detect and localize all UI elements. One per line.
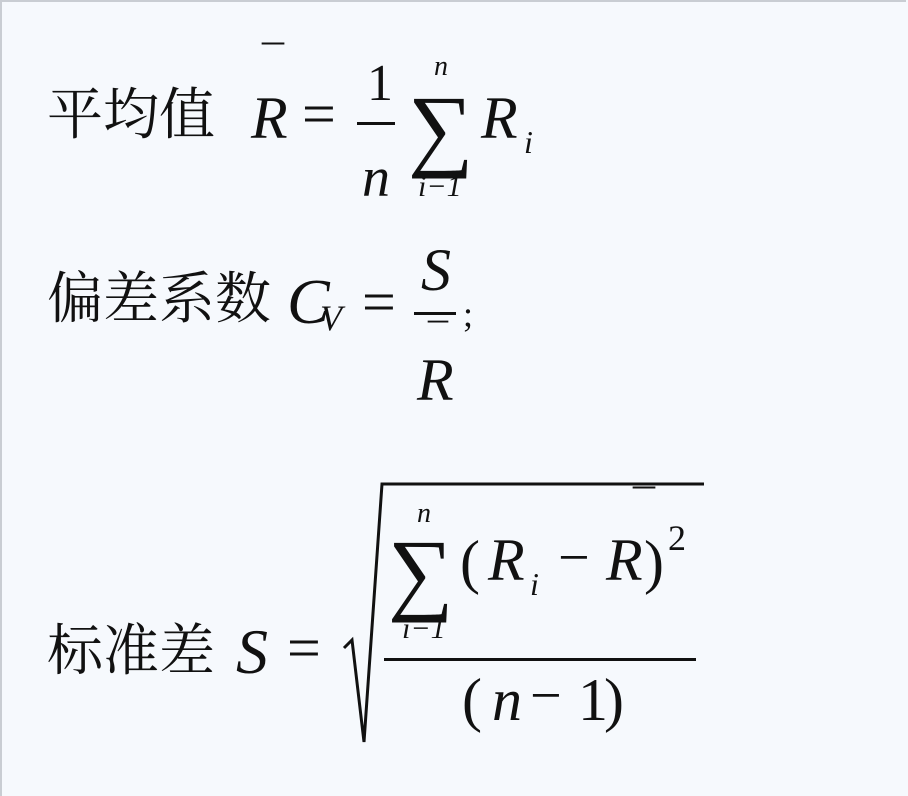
mean-label: 平均值: [47, 88, 215, 144]
mean-frac-numerator: 1: [367, 58, 393, 110]
std-equals: =: [287, 618, 321, 678]
std-minus: −: [558, 530, 590, 586]
mean-term-R: R: [481, 88, 518, 148]
cv-label: 偏差系数: [47, 272, 271, 328]
mean-sigma-lower: i−1: [418, 172, 462, 202]
cv-lhs-sub: V: [320, 300, 342, 336]
mean-term-sub: i: [524, 126, 533, 158]
mean-equals: =: [302, 84, 336, 144]
std-den-minus: −: [530, 668, 562, 724]
std-fraction-bar: [384, 658, 696, 661]
std-term1-sub: i: [530, 568, 539, 600]
std-open-paren: (: [460, 532, 480, 592]
std-exponent: 2: [668, 520, 686, 556]
std-den-n: n: [492, 670, 522, 730]
mean-fraction-bar: [357, 122, 395, 125]
cv-frac-numerator: S: [421, 240, 451, 300]
cv-frac-denominator: R: [417, 350, 454, 410]
cv-semicolon: ;: [463, 296, 473, 332]
mean-frac-denominator: n: [362, 150, 390, 206]
std-sigma-icon: ∑: [388, 526, 454, 618]
std-close-paren: ): [644, 532, 664, 592]
std-term2-R: R: [606, 530, 643, 590]
mean-lhs-bar: ¯: [262, 40, 284, 84]
mean-sigma-icon: ∑: [408, 82, 474, 174]
std-term1-R: R: [488, 530, 525, 590]
std-sigma-lower: i−1: [402, 614, 446, 644]
std-den-open-paren: (: [462, 670, 482, 730]
mean-lhs-R: R: [251, 88, 288, 148]
std-term2-bar: ¯: [633, 484, 655, 528]
std-lhs-S: S: [236, 620, 268, 684]
cv-equals: =: [362, 272, 396, 332]
std-den-close-paren: ): [604, 670, 624, 730]
std-label: 标准差: [47, 624, 215, 680]
